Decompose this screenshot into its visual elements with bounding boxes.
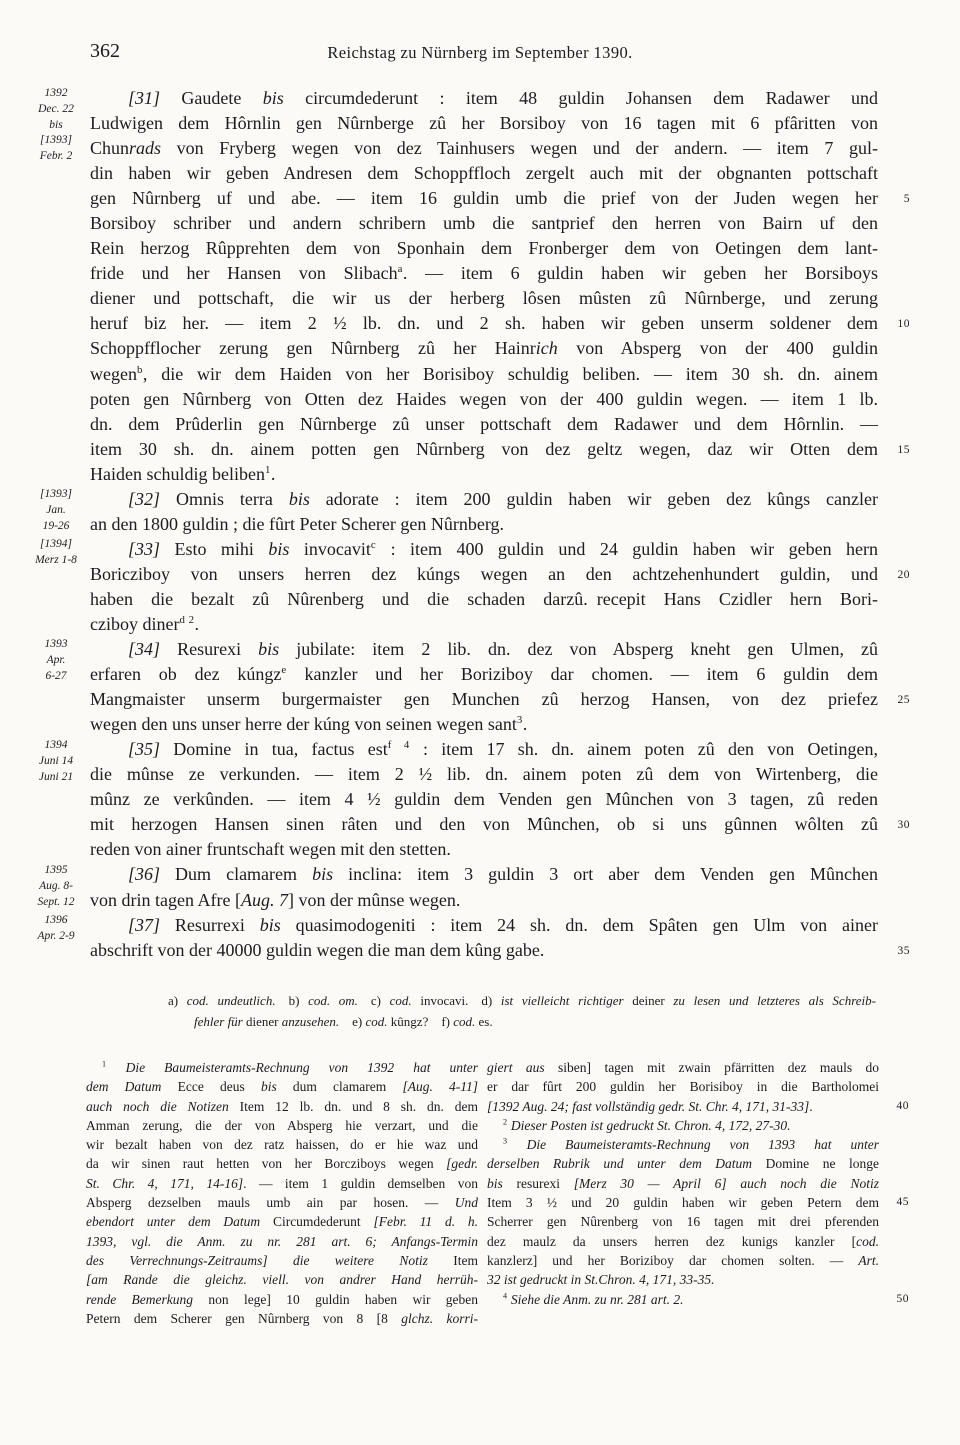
text-line: an den 1800 guldin ; die fûrt Peter Sche… xyxy=(90,512,878,537)
text-line: erfaren ob dez kúngze kanzler und her Bo… xyxy=(90,662,878,687)
footnote-line: 2 Dieser Posten ist gedruckt St. Chron. … xyxy=(487,1116,879,1135)
margin-date-line: 19-26 xyxy=(24,519,88,535)
margin-date-line: 1393 xyxy=(24,637,88,653)
margin-date-line: Dec. 22 xyxy=(24,102,88,118)
margin-date-line: [1394] xyxy=(24,537,88,553)
text-line: poten gen Nûrnberg von Otten dez Haides … xyxy=(90,387,878,412)
margin-date-line: Apr. 2-9 xyxy=(24,929,88,945)
text-line: [37] Resurrexi bis quasimodogeniti : ite… xyxy=(90,913,878,938)
text-line: wegen den uns unser herre der kúng von s… xyxy=(90,712,878,737)
footnote-line: kanzlerz] und her Boriziboy dar chomen s… xyxy=(487,1251,879,1270)
footnote-line: [am Rande die gleichz. viell. von andrer… xyxy=(86,1270,478,1289)
text-line: [32] Omnis terra bis adorate : item 200 … xyxy=(90,487,878,512)
line-number: 45 xyxy=(897,1193,910,1212)
margin-date-note: [1393]Jan.19-26 xyxy=(24,487,88,534)
margin-date-note: 1395Aug. 8-Sept. 12 xyxy=(24,863,88,910)
line-number: 20 xyxy=(898,563,911,588)
margin-date-note: 1396Apr. 2-9 xyxy=(24,913,88,945)
text-line: heruf biz her. — item 2 ½ lb. dn. und 2 … xyxy=(90,311,878,336)
footnote-line: 4 Siehe die Anm. zu nr. 281 art. 2.50 xyxy=(487,1290,879,1309)
text-line: Ludwigen dem Hôrnlin gen Nûrnberge zû he… xyxy=(90,111,878,136)
margin-date-line: 1394 xyxy=(24,738,88,754)
footnote-line: des Verrechnungs-Zeitraums] die weitere … xyxy=(86,1251,478,1270)
margin-date-line: Aug. 8- xyxy=(24,879,88,895)
margin-date-line: Febr. 2 xyxy=(24,149,88,165)
footnote-column-right: giert aus siben] tagen mit zwain pfärrit… xyxy=(487,1058,879,1309)
main-text-block: [31] Gaudete bis circumdederunt : item 4… xyxy=(90,86,878,963)
footnote-line: Item 3 ½ und 20 guldin haben wir geben P… xyxy=(487,1193,879,1212)
text-line: Chunrads von Fryberg wegen von dez Tainh… xyxy=(90,136,878,161)
text-line: reden von ainer fruntschaft wegen mit de… xyxy=(90,837,878,862)
margin-date-line: Juni 21 xyxy=(24,770,88,786)
margin-date-line: Merz 1-8 xyxy=(24,553,88,569)
footnote-column-left: 1 Die Baumeisteramts-Rechnung von 1392 h… xyxy=(86,1058,478,1328)
footnote-line: rende Bemerkung non lege] 10 guldin habe… xyxy=(86,1290,478,1309)
text-line: Borsiboy schriber und andern schribern u… xyxy=(90,211,878,236)
text-line: Haiden schuldig beliben1. xyxy=(90,462,878,487)
footnote-line: 32 ist gedruckt in St.Chron. 4, 171, 33-… xyxy=(487,1270,879,1289)
text-line: mûnz ze verkûnden. — item 4 ½ guldin dem… xyxy=(90,787,878,812)
footnote-line: ebendort unter dem Datum Circumdederunt … xyxy=(86,1212,478,1231)
footnote-line: dez maulz da unsers herren dez kunigs ka… xyxy=(487,1232,879,1251)
margin-date-line: 1396 xyxy=(24,913,88,929)
margin-date-line: [1393] xyxy=(24,487,88,503)
footnote-line: St. Chr. 4, 171, 14-16]. — item 1 guldin… xyxy=(86,1174,478,1193)
footnote-line: Petern dem Scherer gen Nûrnberg von 8 [8… xyxy=(86,1309,478,1328)
footnote-line: dem Datum Ecce deus bis dum clamarem [Au… xyxy=(86,1077,478,1096)
text-line: din haben wir geben Andresen dem Schoppf… xyxy=(90,161,878,186)
footnote-line: derselben Rubrik und unter dem Datum Dom… xyxy=(487,1154,879,1173)
footnote-line: auch noch die Notizen Item 12 lb. dn. un… xyxy=(86,1097,478,1116)
margin-date-line: [1393] xyxy=(24,133,88,149)
margin-date-note: 1393Apr.6-27 xyxy=(24,637,88,684)
text-line: abschrift von der 40000 guldin wegen die… xyxy=(90,938,878,963)
text-line: gen Nûrnberg uf und abe. — item 16 guldi… xyxy=(90,186,878,211)
margin-date-line: Sept. 12 xyxy=(24,895,88,911)
letter-note-line: a) cod. undeutlich. b) cod. om. c) cod. … xyxy=(168,990,876,1011)
text-line: [34] Resurexi bis jubilate: item 2 lib. … xyxy=(90,637,878,662)
text-line: [31] Gaudete bis circumdederunt : item 4… xyxy=(90,86,878,111)
text-line: Schoppfflocher zerung gen Nûrnberg zû he… xyxy=(90,336,878,361)
book-page: 362 Reichstag zu Nürnberg im September 1… xyxy=(0,0,960,1445)
text-line: fride und her Hansen von Slibacha. — ite… xyxy=(90,261,878,286)
text-line: [36] Dum clamarem bis inclina: item 3 gu… xyxy=(90,862,878,887)
text-line: item 30 sh. dn. ainem potten gen Nûrnber… xyxy=(90,437,878,462)
footnote-line: Scherrer gen Nûrenberg von 16 tagen mit … xyxy=(487,1212,879,1231)
text-line: die mûnse ze verkunden. — item 2 ½ lib. … xyxy=(90,762,878,787)
footnote-line: 1393, vgl. die Anm. zu nr. 281 art. 6; A… xyxy=(86,1232,478,1251)
footnote-line: 1 Die Baumeisteramts-Rechnung von 1392 h… xyxy=(86,1058,478,1077)
margin-date-line: 1395 xyxy=(24,863,88,879)
footnote-line: wir bezalt haben von dez ratz haissen, d… xyxy=(86,1135,478,1154)
line-number: 50 xyxy=(881,1290,910,1309)
line-number: 15 xyxy=(898,438,911,463)
footnote-line: er dar fûrt 200 guldin her Borisiboy in … xyxy=(487,1077,879,1096)
footnote-line: Absperg dezselben mauls umb ain par hose… xyxy=(86,1193,478,1212)
text-line: Rein herzog Rûpprehten dem von Sponhain … xyxy=(90,236,878,261)
footnote-line: [1392 Aug. 24; fast vollständig gedr. St… xyxy=(487,1097,879,1116)
margin-date-line: bis xyxy=(24,118,88,134)
margin-date-line: Apr. xyxy=(24,653,88,669)
text-line: wegenb, die wir dem Haiden von her Boris… xyxy=(90,362,878,387)
margin-date-note: 1392Dec. 22bis[1393]Febr. 2 xyxy=(24,86,88,165)
line-number: 40 xyxy=(897,1097,910,1116)
text-line: haben die bezalt zû Nûrenberg und die sc… xyxy=(90,587,878,612)
footnote-line: giert aus siben] tagen mit zwain pfärrit… xyxy=(487,1058,879,1077)
text-line: Mangmaister unserm burgermaister gen Mun… xyxy=(90,687,878,712)
text-line: Boricziboy von unsers herren dez kúngs w… xyxy=(90,562,878,587)
line-number: 30 xyxy=(898,813,911,838)
letter-note-line: fehler für diener anzusehen. e) cod. kûn… xyxy=(168,1011,876,1032)
footnote-line: 3 Die Baumeisteramts-Rechnung von 1393 h… xyxy=(487,1135,879,1154)
text-line: von drin tagen Afre [Aug. 7] von der mûn… xyxy=(90,888,878,913)
margin-date-line: Juni 14 xyxy=(24,754,88,770)
text-line: cziboy dinerd 2. xyxy=(90,612,878,637)
line-number: 35 xyxy=(898,939,911,964)
footnote-line: da wir sinen raut hetten von her Borczib… xyxy=(86,1154,478,1173)
margin-date-line: 6-27 xyxy=(24,669,88,685)
text-line: dn. dem Prûderlin gen Nûrnberge zû unser… xyxy=(90,412,878,437)
margin-date-line: Jan. xyxy=(24,503,88,519)
running-head: Reichstag zu Nürnberg im September 1390. xyxy=(0,43,960,63)
margin-date-note: [1394]Merz 1-8 xyxy=(24,537,88,569)
footnote-line: Amman zerung, die der von Absperg hie ve… xyxy=(86,1116,478,1135)
line-number: 25 xyxy=(898,688,911,713)
letter-footnotes: a) cod. undeutlich. b) cod. om. c) cod. … xyxy=(168,990,876,1032)
footnote-line: bis resurexi [Merz 30 — April 6] auch no… xyxy=(487,1174,879,1193)
text-line: mit herzogen Hansen sinen râten und den … xyxy=(90,812,878,837)
margin-date-note: 1394Juni 14Juni 21 xyxy=(24,738,88,785)
text-line: [35] Domine in tua, factus estf 4 : item… xyxy=(90,737,878,762)
line-number: 5 xyxy=(904,187,910,212)
text-line: diener und pottschaft, die wir us der he… xyxy=(90,286,878,311)
margin-date-line: 1392 xyxy=(24,86,88,102)
text-line: [33] Esto mihi bis invocavitc : item 400… xyxy=(90,537,878,562)
line-number: 10 xyxy=(898,312,911,337)
